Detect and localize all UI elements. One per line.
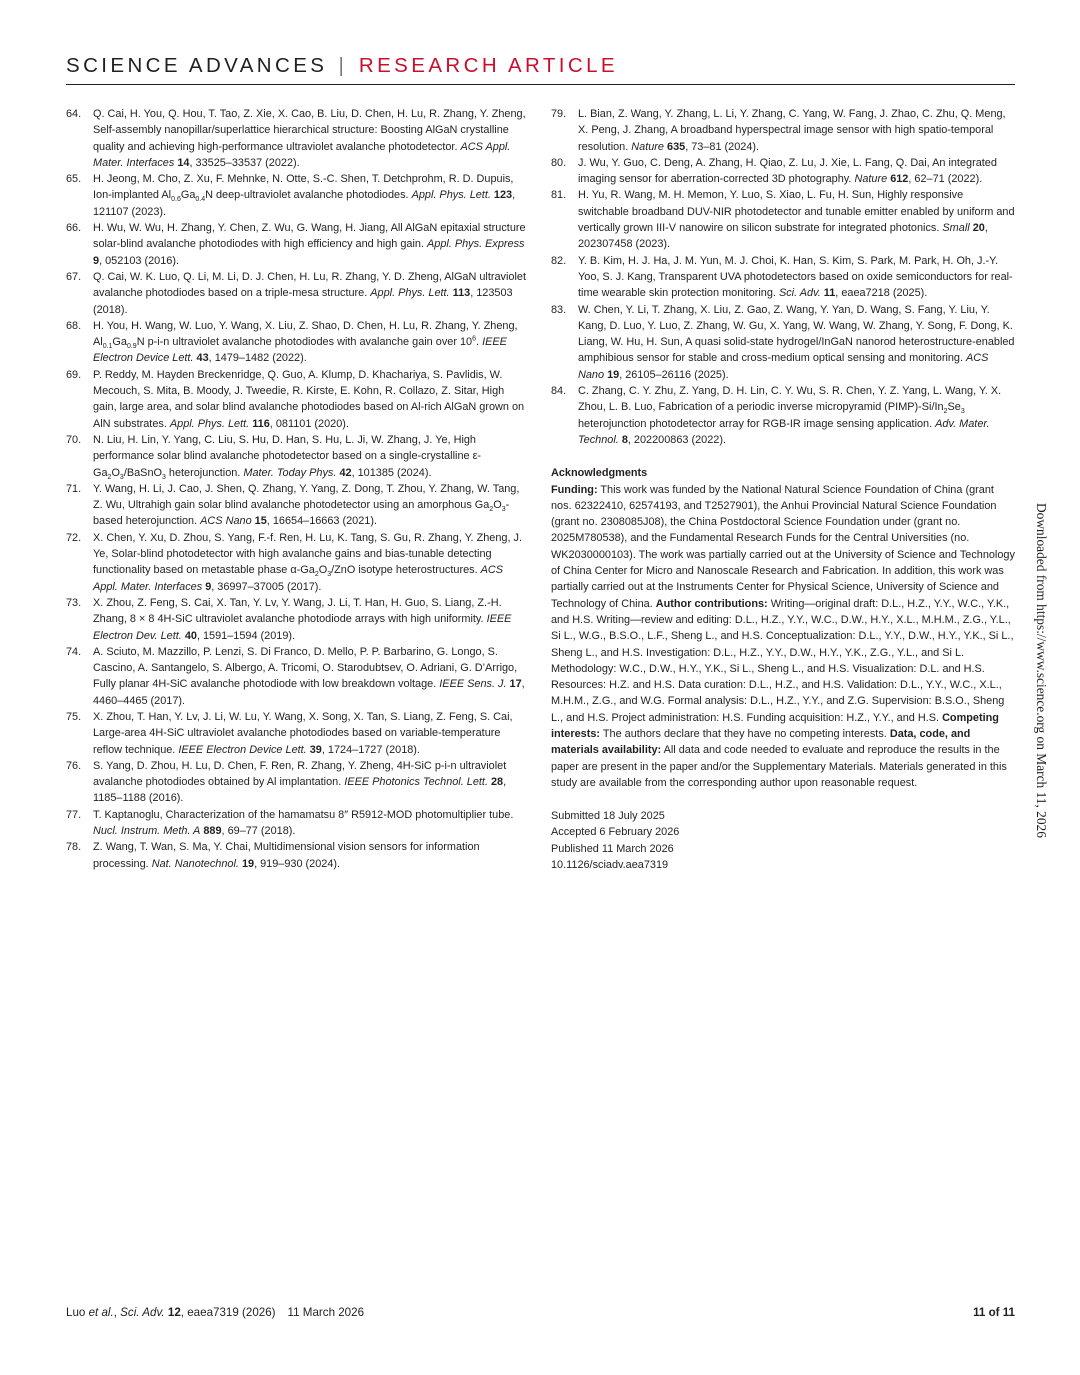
acknowledgments-title: Acknowledgments [551, 465, 1015, 481]
acknowledgments-section: Acknowledgments Funding: This work was f… [551, 465, 1015, 791]
reference-number: 77. [66, 807, 81, 823]
right-column: 79.L. Bian, Z. Wang, Y. Zhang, L. Li, Y.… [551, 106, 1015, 873]
reference-number: 83. [551, 302, 566, 318]
publication-dates: Submitted 18 July 2025 Accepted 6 Februa… [551, 808, 1015, 873]
footer-citation: Luo et al., Sci. Adv. 12, eaea7319 (2026… [66, 1306, 364, 1319]
footer-article: , eaea7319 (2026) [181, 1306, 276, 1319]
running-header: SCIENCE ADVANCES | RESEARCH ARTICLE [66, 54, 618, 78]
reference-list-left: 64.Q. Cai, H. You, Q. Hou, T. Tao, Z. Xi… [66, 106, 530, 872]
header-separator: | [338, 54, 343, 77]
reference-number: 74. [66, 644, 81, 660]
contributions-label: Author contributions: [656, 598, 768, 610]
reference-number: 68. [66, 318, 81, 334]
reference-number: 71. [66, 481, 81, 497]
submitted-date: Submitted 18 July 2025 [551, 808, 1015, 824]
page-number: 11 of 11 [973, 1306, 1015, 1319]
reference-number: 64. [66, 106, 81, 122]
reference-item: 76.S. Yang, D. Zhou, H. Lu, D. Chen, F. … [66, 758, 530, 807]
published-date: Published 11 March 2026 [551, 841, 1015, 857]
reference-number: 67. [66, 269, 81, 285]
reference-number: 66. [66, 220, 81, 236]
reference-number: 81. [551, 187, 566, 203]
reference-item: 70.N. Liu, H. Lin, Y. Yang, C. Liu, S. H… [66, 432, 530, 481]
reference-item: 80.J. Wu, Y. Guo, C. Deng, A. Zhang, H. … [551, 155, 1015, 188]
footer-author: Luo [66, 1306, 89, 1319]
reference-item: 67.Q. Cai, W. K. Luo, Q. Li, M. Li, D. J… [66, 269, 530, 318]
reference-number: 78. [66, 839, 81, 855]
reference-item: 83.W. Chen, Y. Li, T. Zhang, X. Liu, Z. … [551, 302, 1015, 383]
funding-text: This work was funded by the National Nat… [551, 484, 1015, 610]
reference-number: 72. [66, 530, 81, 546]
reference-number: 80. [551, 155, 566, 171]
reference-number: 84. [551, 383, 566, 399]
reference-number: 70. [66, 432, 81, 448]
footer-journal: Sci. Adv. [120, 1306, 164, 1319]
footer-date: 11 March 2026 [288, 1306, 364, 1319]
reference-number: 76. [66, 758, 81, 774]
reference-number: 75. [66, 709, 81, 725]
download-watermark: Downloaded from https://www.science.org … [1030, 503, 1050, 873]
reference-number: 65. [66, 171, 81, 187]
reference-item: 75.X. Zhou, T. Han, Y. Lv, J. Li, W. Lu,… [66, 709, 530, 758]
reference-item: 77.T. Kaptanoglu, Characterization of th… [66, 807, 530, 840]
header-rule [66, 84, 1015, 85]
reference-number: 73. [66, 595, 81, 611]
journal-name: SCIENCE ADVANCES [66, 54, 327, 77]
reference-list-right: 79.L. Bian, Z. Wang, Y. Zhang, L. Li, Y.… [551, 106, 1015, 448]
reference-item: 69.P. Reddy, M. Hayden Breckenridge, Q. … [66, 367, 530, 432]
reference-number: 69. [66, 367, 81, 383]
reference-item: 82.Y. B. Kim, H. J. Ha, J. M. Yun, M. J.… [551, 253, 1015, 302]
reference-item: 72.X. Chen, Y. Xu, D. Zhou, S. Yang, F.-… [66, 530, 530, 595]
contributions-text: Writing—original draft: D.L., H.Z., Y.Y.… [551, 598, 1013, 724]
reference-number: 82. [551, 253, 566, 269]
reference-item: 73.X. Zhou, Z. Feng, S. Cai, X. Tan, Y. … [66, 595, 530, 644]
acknowledgments-body: Funding: This work was funded by the Nat… [551, 482, 1015, 792]
article-type: RESEARCH ARTICLE [359, 54, 618, 77]
reference-item: 84.C. Zhang, C. Y. Zhu, Z. Yang, D. H. L… [551, 383, 1015, 448]
reference-item: 74.A. Sciuto, M. Mazzillo, P. Lenzi, S. … [66, 644, 530, 709]
reference-item: 68.H. You, H. Wang, W. Luo, Y. Wang, X. … [66, 318, 530, 367]
funding-label: Funding: [551, 484, 598, 496]
footer-etal: et al. [89, 1306, 114, 1319]
left-column: 64.Q. Cai, H. You, Q. Hou, T. Tao, Z. Xi… [66, 106, 530, 872]
reference-item: 65.H. Jeong, M. Cho, Z. Xu, F. Mehnke, N… [66, 171, 530, 220]
doi[interactable]: 10.1126/sciadv.aea7319 [551, 857, 1015, 873]
reference-item: 64.Q. Cai, H. You, Q. Hou, T. Tao, Z. Xi… [66, 106, 530, 171]
footer-volume: 12 [168, 1306, 181, 1319]
accepted-date: Accepted 6 February 2026 [551, 824, 1015, 840]
reference-item: 81.H. Yu, R. Wang, M. H. Memon, Y. Luo, … [551, 187, 1015, 252]
reference-number: 79. [551, 106, 566, 122]
reference-item: 79.L. Bian, Z. Wang, Y. Zhang, L. Li, Y.… [551, 106, 1015, 155]
competing-text: The authors declare that they have no co… [600, 728, 890, 740]
download-note: Downloaded from https://www.science.org … [1033, 503, 1049, 838]
reference-item: 66.H. Wu, W. Wu, H. Zhang, Y. Chen, Z. W… [66, 220, 530, 269]
reference-item: 71.Y. Wang, H. Li, J. Cao, J. Shen, Q. Z… [66, 481, 530, 530]
reference-item: 78.Z. Wang, T. Wan, S. Ma, Y. Chai, Mult… [66, 839, 530, 872]
